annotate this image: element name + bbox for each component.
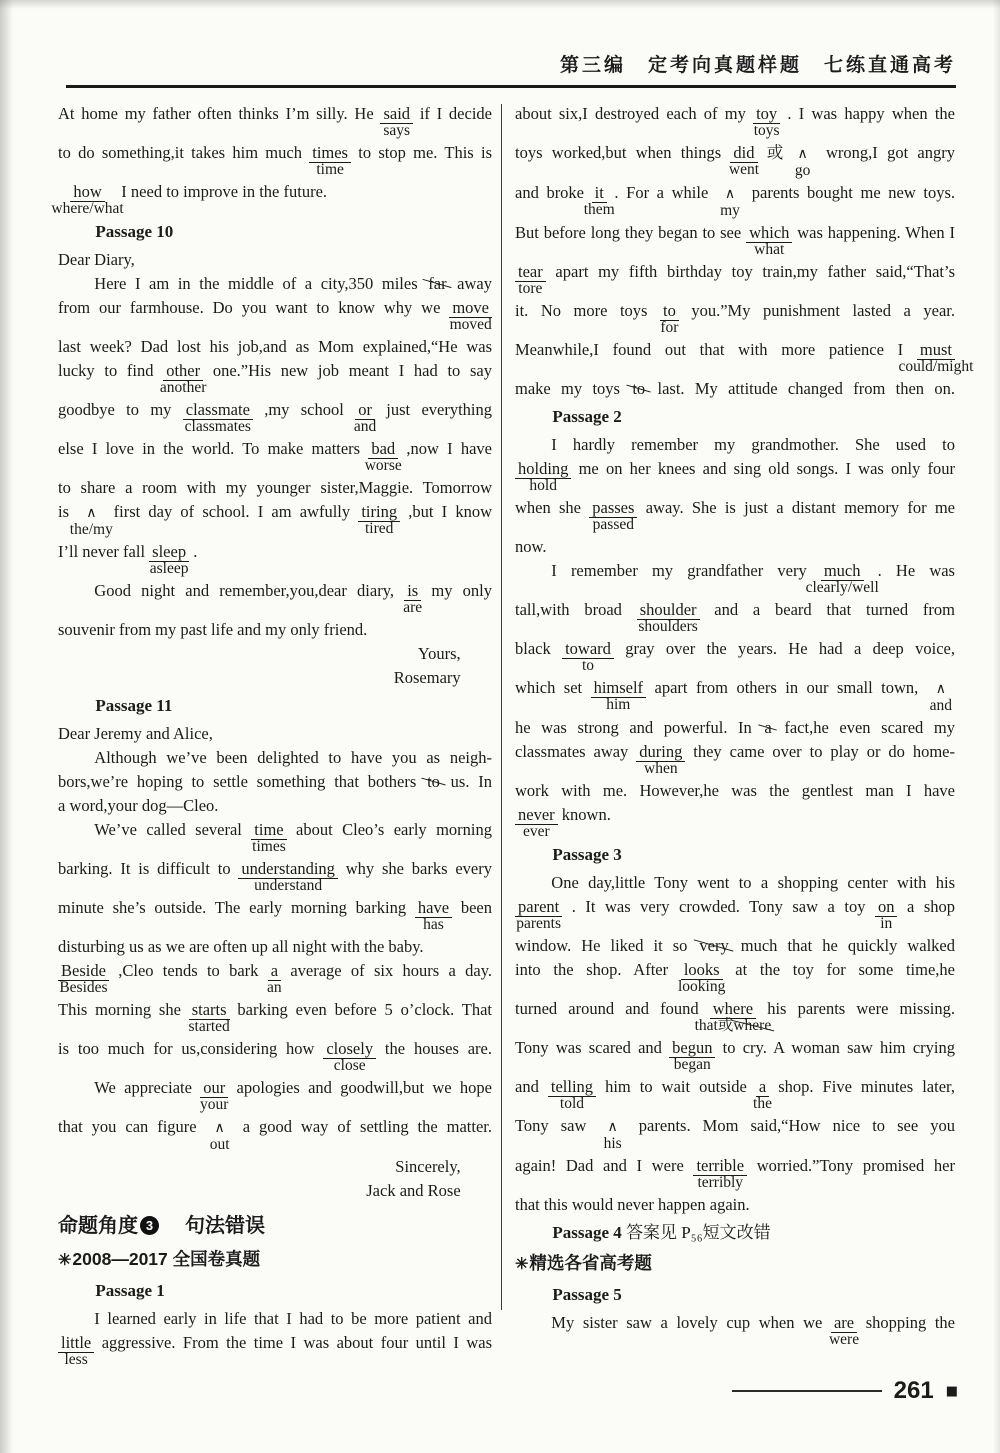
- text-line: souvenir from my past life and my only f…: [58, 618, 492, 642]
- text-line: classmates away duringwhen they came ove…: [515, 740, 955, 764]
- wrong-word: himself: [591, 678, 647, 698]
- error-correction: duringwhen: [636, 740, 685, 764]
- error-correction: aan: [268, 959, 281, 983]
- struck-correction: where: [733, 1018, 771, 1033]
- wrong-word: classmate: [183, 400, 253, 420]
- caret-insertion: ∧his: [598, 1114, 626, 1139]
- error-correction: holdinghold: [515, 457, 571, 481]
- text-line: work with me. However,he was the gentles…: [515, 779, 955, 803]
- correction-text: passed: [593, 517, 634, 532]
- text-line: last week? Dad lost his job,and as Mom e…: [58, 335, 492, 359]
- text-line: is ∧the/my first day of school. I am awf…: [58, 500, 492, 525]
- wrong-word: never: [515, 805, 558, 825]
- page-footer: 261 ■: [732, 1377, 958, 1405]
- wrong-word: terrible: [693, 1156, 747, 1176]
- wrong-word: holding: [515, 459, 571, 479]
- text-line: to share a room with my younger sister,M…: [58, 476, 492, 500]
- caret-insertion: ∧go: [788, 141, 816, 166]
- wrong-word: did: [730, 143, 757, 163]
- text-line: a word,your dog—Cleo.: [58, 794, 492, 818]
- wrong-word: understanding: [238, 859, 337, 879]
- passage-heading: Passage 3: [515, 842, 955, 868]
- correction-text: understand: [254, 878, 322, 893]
- wrong-word: times: [309, 143, 351, 163]
- text-line: parentparents . It was very crowded. Ton…: [515, 895, 955, 919]
- error-correction: movemoved: [449, 296, 492, 320]
- text-line: bors,we’re hoping to settle something th…: [58, 770, 492, 794]
- text-line: We appreciate ouryour apologies and good…: [58, 1076, 492, 1100]
- wrong-word: sleep: [149, 542, 189, 562]
- error-correction: didwent: [730, 141, 757, 165]
- error-correction: howwhere/what: [70, 180, 104, 204]
- caret-mark: ∧: [77, 505, 105, 521]
- caret-mark: ∧: [716, 186, 744, 202]
- correction-text: to: [582, 658, 594, 673]
- text-line: again! Dad and I were terribleterribly w…: [515, 1154, 955, 1178]
- wrong-word: other: [163, 361, 203, 381]
- deleted-word: a: [762, 716, 773, 740]
- section-heading: 命题角度3句法错误: [58, 1211, 492, 1241]
- correction-text: toys: [754, 123, 780, 138]
- wrong-word: move: [449, 298, 492, 318]
- error-correction: orand: [355, 398, 375, 422]
- correction-text: tired: [365, 521, 393, 536]
- correction-text: Besides: [59, 980, 107, 995]
- page-header: 第三编 定考向真题样题 七练直通高考: [0, 0, 1000, 88]
- correction-text: in: [880, 916, 892, 931]
- text-line: But before long they began to see whichw…: [515, 221, 955, 245]
- error-correction: ouryour: [200, 1076, 228, 1100]
- correction-text: your: [200, 1097, 228, 1112]
- text-line: Dear Diary,: [58, 248, 492, 272]
- correction-text: classmates: [185, 419, 251, 434]
- correction-text: for: [660, 320, 678, 335]
- page-header-title: 第三编 定考向真题样题 七练直通高考: [66, 50, 956, 77]
- right-column: about six,I destroyed each of my toytoys…: [515, 102, 955, 1370]
- correction-text: close: [334, 1058, 366, 1073]
- correction-text: what: [754, 242, 784, 257]
- error-correction: classmateclassmates: [183, 398, 253, 422]
- text-line: Sincerely,: [58, 1155, 492, 1179]
- correction-text: tore: [518, 281, 542, 296]
- wrong-word: where: [710, 999, 756, 1019]
- correction-text: less: [65, 1352, 88, 1367]
- error-correction: otheranother: [163, 359, 203, 383]
- error-correction: mustcould/might: [917, 338, 955, 362]
- error-correction: lookslooking: [681, 958, 723, 982]
- correction-text: began: [674, 1057, 711, 1072]
- error-correction: understandingunderstand: [238, 857, 337, 881]
- error-correction: closelyclose: [323, 1037, 376, 1061]
- error-correction: begunbegan: [669, 1036, 715, 1060]
- left-column: At home my father often thinks I’m silly…: [58, 102, 492, 1370]
- text-line: Meanwhile,I found out that with more pat…: [515, 338, 955, 362]
- error-correction: timestime: [309, 141, 351, 165]
- wrong-word: to: [660, 301, 679, 321]
- correction-text: are: [403, 600, 422, 615]
- correction-text: terribly: [697, 1175, 743, 1190]
- star-heading: ✳2008—2017 全国卷真题: [58, 1245, 492, 1275]
- page-number-square-icon: ■: [946, 1385, 958, 1398]
- correction-text: says: [383, 123, 410, 138]
- wrong-word: telling: [548, 1077, 596, 1097]
- correction-text: him: [606, 697, 630, 712]
- correction-text: parents: [516, 916, 561, 931]
- text-line: and broke itthem . For a while ∧my paren…: [515, 181, 955, 206]
- wrong-word: Beside: [58, 961, 109, 981]
- correction-text: my: [720, 203, 740, 218]
- correction-text: another: [160, 380, 206, 395]
- wrong-word: shoulder: [637, 600, 700, 620]
- wrong-word: it: [592, 183, 607, 203]
- deleted-word: far: [426, 272, 448, 296]
- text-line: black towardto gray over the years. He h…: [515, 637, 955, 661]
- text-line: minute she’s outside. The early morning …: [58, 896, 492, 920]
- correction-text: when: [644, 761, 678, 776]
- wrong-word: have: [415, 898, 452, 918]
- caret-mark: ∧: [206, 1120, 234, 1136]
- correction-text: and: [930, 698, 952, 713]
- page-number: 261: [894, 1377, 934, 1405]
- wrong-word: a: [756, 1077, 769, 1097]
- correction-text: asleep: [150, 561, 189, 576]
- correction-text: started: [188, 1019, 229, 1034]
- text-line: I remember my grandfather very muchclear…: [515, 559, 955, 583]
- correction-text: looking: [678, 979, 725, 994]
- caret-mark: ∧: [598, 1119, 626, 1135]
- text-line: is too much for us,considering how close…: [58, 1037, 492, 1061]
- text-line: I hardly remember my grandmother. She us…: [515, 433, 955, 457]
- correction-text: has: [423, 917, 444, 932]
- text-line: when she passespassed away. She is just …: [515, 496, 955, 520]
- error-correction: terribleterribly: [693, 1154, 747, 1178]
- text-line: now.: [515, 535, 955, 559]
- wrong-word: tiring: [358, 502, 400, 522]
- text-line: it. No more toys tofor you.”My punishmen…: [515, 299, 955, 323]
- correction-text: went: [729, 162, 759, 177]
- wrong-word: bad: [368, 439, 398, 459]
- error-correction: onin: [875, 895, 898, 919]
- correction-text: could/might: [898, 359, 973, 374]
- text-line: lucky to find otheranother one.”His new …: [58, 359, 492, 383]
- correction-text: the/my: [70, 522, 113, 537]
- correction-text: worse: [365, 458, 402, 473]
- caret-mark: ∧: [927, 681, 955, 697]
- text-line: he was strong and powerful. In a fact,he…: [515, 716, 955, 740]
- error-correction: towardto: [562, 637, 614, 661]
- error-correction: saidsays: [380, 102, 413, 126]
- text-line: toys worked,but when things didwent 或∧go…: [515, 141, 955, 166]
- asterisk-icon: ✳: [58, 1252, 71, 1269]
- error-correction: athe: [756, 1075, 769, 1099]
- text-line: make my toys to last. My attitude change…: [515, 377, 955, 401]
- text-line: barking. It is difficult to understandin…: [58, 857, 492, 881]
- error-correction: parentparents: [515, 895, 562, 919]
- deleted-word: to: [425, 770, 442, 794]
- text-line: Yours,: [58, 642, 492, 666]
- text-line: Here I am in the middle of a city,350 mi…: [58, 272, 492, 296]
- error-correction: toytoys: [753, 102, 780, 126]
- text-line: howwhere/what I need to improve in the f…: [58, 180, 492, 204]
- text-line: goodbye to my classmateclassmates ,my sc…: [58, 398, 492, 422]
- text-line: about six,I destroyed each of my toytoys…: [515, 102, 955, 126]
- error-correction: timetimes: [251, 818, 286, 842]
- error-correction: shouldershoulders: [637, 598, 700, 622]
- wrong-word: tear: [515, 262, 546, 282]
- correction-text: go: [795, 163, 811, 178]
- text-line: Tony was scared and begunbegan to cry. A…: [515, 1036, 955, 1060]
- text-line: Dear Jeremy and Alice,: [58, 722, 492, 746]
- text-line: I’ll never fall sleepasleep .: [58, 540, 492, 564]
- wrong-word: time: [251, 820, 286, 840]
- text-line: We’ve called several timetimes about Cle…: [58, 818, 492, 842]
- error-correction: wherethat或where: [710, 997, 756, 1021]
- correction-text: shoulders: [638, 619, 697, 634]
- wrong-word: or: [355, 400, 375, 420]
- text-line: into the shop. After lookslooking at the…: [515, 958, 955, 982]
- correction-text: hold: [529, 478, 557, 493]
- text-line: One day,little Tony went to a shopping c…: [515, 871, 955, 895]
- wrong-word: much: [821, 561, 864, 581]
- correction-text: out: [210, 1137, 230, 1152]
- text-line: teartore apart my fifth birthday toy tra…: [515, 260, 955, 284]
- correction-text: ever: [523, 824, 550, 839]
- text-line: littleless aggressive. From the time I w…: [58, 1331, 492, 1355]
- wrong-word: toward: [562, 639, 614, 659]
- error-correction: whichwhat: [746, 221, 792, 245]
- error-correction: badworse: [368, 437, 398, 461]
- wrong-word: our: [200, 1078, 228, 1098]
- passage-heading: Passage 5: [515, 1282, 955, 1308]
- error-correction: tellingtold: [548, 1075, 596, 1099]
- text-line: I learned early in life that I had to be…: [58, 1307, 492, 1331]
- error-correction: startsstarted: [189, 998, 230, 1022]
- error-correction: passespassed: [589, 496, 637, 520]
- wrong-word: closely: [323, 1039, 376, 1059]
- text-line: disturbing us as we are often up all nig…: [58, 935, 492, 959]
- text-line: At home my father often thinks I’m silly…: [58, 102, 492, 126]
- text-line: BesideBesides ,Cleo tends to bark aan av…: [58, 959, 492, 983]
- error-correction: littleless: [58, 1331, 94, 1355]
- star-heading: ✳精选各省高考题: [515, 1249, 955, 1279]
- heading-note: 答案见 P₅₆短文改错: [622, 1223, 771, 1242]
- correction-text: an: [267, 980, 282, 995]
- text-line: else I love in the world. To make matter…: [58, 437, 492, 461]
- correction-text: the: [753, 1096, 772, 1111]
- correction-text: moved: [450, 317, 492, 332]
- correction-text: where/what: [51, 201, 123, 216]
- wrong-word: which: [746, 223, 792, 243]
- text-line: Jack and Rose: [58, 1179, 492, 1203]
- passage-heading: Passage 10: [58, 219, 492, 245]
- correction-text: and: [354, 419, 376, 434]
- scanned-textbook-page: 第三编 定考向真题样题 七练直通高考 At home my father oft…: [0, 0, 1000, 1453]
- error-correction: tofor: [660, 299, 679, 323]
- wrong-word: starts: [189, 1000, 230, 1020]
- error-correction: tiringtired: [358, 500, 400, 524]
- error-correction: muchclearly/well: [821, 559, 864, 583]
- caret-insertion: ∧out: [206, 1115, 234, 1140]
- wrong-word: how: [70, 182, 104, 202]
- correction-text: were: [829, 1332, 859, 1347]
- error-correction: isare: [404, 579, 421, 603]
- correction-text: his: [604, 1136, 622, 1151]
- text-line: to do something,it takes him much timest…: [58, 141, 492, 165]
- error-correction: BesideBesides: [58, 959, 109, 983]
- wrong-word: begun: [669, 1038, 715, 1058]
- correction-text: times: [252, 839, 286, 854]
- caret-insertion: ∧the/my: [77, 500, 105, 525]
- text-line: and tellingtold him to wait outside athe…: [515, 1075, 955, 1099]
- asterisk-icon: ✳: [515, 1256, 528, 1273]
- page-content: At home my father often thinks I’m silly…: [0, 88, 1000, 1370]
- circled-number-badge: 3: [140, 1216, 159, 1235]
- column-divider: [501, 104, 502, 1310]
- text-line: holdinghold me on her knees and sing old…: [515, 457, 955, 481]
- text-line: neverever known.: [515, 803, 955, 827]
- text-line: that you can figure ∧out a good way of s…: [58, 1115, 492, 1140]
- caret-insertion: ∧my: [716, 181, 744, 206]
- deleted-word: to: [630, 377, 647, 401]
- passage-heading: Passage 1: [58, 1278, 492, 1304]
- text-line: which set himselfhim apart from others i…: [515, 676, 955, 701]
- wrong-word: a: [268, 961, 281, 981]
- wrong-word: toy: [753, 104, 780, 124]
- text-line: that this would never happen again.: [515, 1193, 955, 1217]
- error-correction: neverever: [515, 803, 558, 827]
- correction-text: time: [316, 162, 344, 177]
- deleted-word: very: [697, 934, 730, 958]
- error-correction: itthem: [592, 181, 607, 205]
- wrong-word: during: [636, 742, 685, 762]
- wrong-word: looks: [681, 960, 723, 980]
- text-line: window. He liked it so very much that he…: [515, 934, 955, 958]
- wrong-word: are: [831, 1313, 857, 1333]
- text-line: Good night and remember,you,dear diary, …: [58, 579, 492, 603]
- error-correction: sleepasleep: [149, 540, 189, 564]
- correction-text: clearly/well: [806, 580, 879, 595]
- text-line: turned around and found wherethat或where …: [515, 997, 955, 1021]
- wrong-word: little: [58, 1333, 94, 1353]
- error-correction: teartore: [515, 260, 546, 284]
- text-line: My sister saw a lovely cup when we arewe…: [515, 1311, 955, 1335]
- error-correction: himselfhim: [591, 676, 647, 700]
- wrong-word: is: [404, 581, 421, 601]
- correction-text: them: [584, 202, 615, 217]
- text-line: tall,with broad shouldershoulders and a …: [515, 598, 955, 622]
- wrong-word: passes: [589, 498, 637, 518]
- text-line: Tony saw ∧his parents. Mom said,“How nic…: [515, 1114, 955, 1139]
- text-line: This morning she startsstarted barking e…: [58, 998, 492, 1022]
- correction-text: told: [560, 1096, 584, 1111]
- wrong-word: said: [380, 104, 413, 124]
- text-line: from our farmhouse. Do you want to know …: [58, 296, 492, 320]
- passage-heading: Passage 11: [58, 693, 492, 719]
- wrong-word: must: [917, 340, 955, 360]
- error-correction: havehas: [415, 896, 452, 920]
- caret-insertion: ∧and: [927, 676, 955, 701]
- footer-rule: [732, 1390, 882, 1392]
- error-correction: arewere: [831, 1311, 857, 1335]
- caret-mark: ∧: [788, 146, 816, 162]
- wrong-word: parent: [515, 897, 562, 917]
- correction-text: that或where: [695, 1018, 772, 1033]
- wrong-word: on: [875, 897, 898, 917]
- text-line: Rosemary: [58, 666, 492, 690]
- passage-heading: Passage 2: [515, 404, 955, 430]
- passage-heading: Passage 4 答案见 P₅₆短文改错: [515, 1220, 955, 1246]
- text-line: Although we’ve been delighted to have yo…: [58, 746, 492, 770]
